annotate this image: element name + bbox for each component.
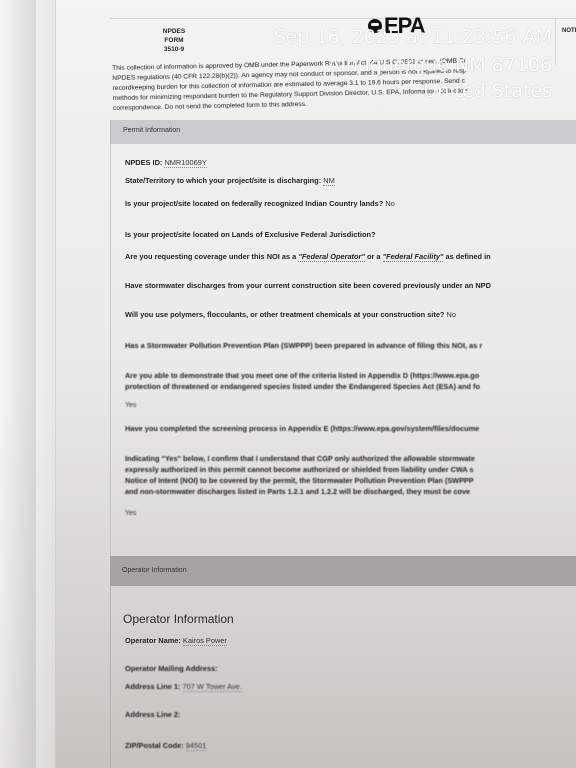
state-value: NM	[323, 176, 335, 186]
address-line1-row: Address Line 1: 707 W Tower Ave.	[125, 682, 242, 691]
photo-datetime: Sep 16, 2025 at 11:23:56 AM	[274, 26, 552, 48]
operator-section: Operator Information Operator Name: Kair…	[110, 586, 576, 768]
photo-scene: NPDES FORM 3510-9 EPA NOTICE This collec…	[0, 0, 576, 768]
appendix-e-row: Have you completed the screening process…	[125, 424, 479, 433]
appendix-d-answer: Yes	[125, 402, 136, 409]
swppp-row: Has a Stormwater Pollution Prevention Pl…	[125, 341, 482, 350]
indian-country-row: Is your project/site located on federall…	[125, 199, 395, 208]
operator-name-row: Operator Name: Kairos Power	[125, 636, 227, 645]
appendix-d-question: Are you able to demonstrate that you mee…	[125, 370, 480, 392]
federal-operator-link[interactable]: "Federal Operator"	[298, 252, 365, 262]
notice-label: NOTICE	[562, 28, 576, 34]
federal-facility-link[interactable]: "Federal Facility"	[383, 252, 444, 262]
previous-coverage-row: Have stormwater discharges from your cur…	[125, 281, 491, 290]
certification-answer: Yes	[125, 510, 136, 517]
npdes-id-row: NPDES ID: NMR10069Y	[125, 158, 207, 167]
certification-statement: Indicating "Yes" below, I confirm that I…	[125, 453, 475, 497]
noi-form-document: NPDES FORM 3510-9 EPA NOTICE This collec…	[110, 0, 576, 768]
permit-section-header: Permit Information	[110, 120, 576, 144]
polymers-value: No	[447, 310, 456, 319]
address-line2-row: Address Line 2:	[125, 710, 180, 719]
operator-name-value: Kairos Power	[183, 636, 227, 646]
polymers-row: Will you use polymers, flocculants, or o…	[125, 310, 456, 319]
zip-row: ZIP/Postal Code: 94501	[125, 741, 206, 750]
permit-section: NPDES ID: NMR10069Y State/Territory to w…	[110, 144, 576, 556]
address-line1-value: 707 W Tower Ave.	[183, 682, 242, 692]
federal-operator-row: Are you requesting coverage under this N…	[125, 252, 491, 261]
zip-value: 94501	[186, 741, 207, 751]
operator-heading: Operator Information	[123, 612, 234, 626]
operator-section-header: Operator Information	[110, 556, 576, 586]
photo-location-country: United States	[423, 80, 552, 102]
indian-country-value: No	[385, 199, 394, 208]
federal-jurisdiction-row: Is your project/site located on Lands of…	[125, 230, 376, 239]
page-stack-edge	[36, 0, 56, 768]
photo-location-city: Albuquerque NM 87106	[327, 54, 552, 76]
state-row: State/Territory to which your project/si…	[125, 176, 335, 185]
mailing-address-label: Operator Mailing Address:	[125, 664, 218, 673]
sheet-protector-edge	[0, 0, 36, 768]
npdes-id-value: NMR10069Y	[164, 158, 206, 168]
form-id: NPDES FORM 3510-9	[154, 27, 194, 54]
